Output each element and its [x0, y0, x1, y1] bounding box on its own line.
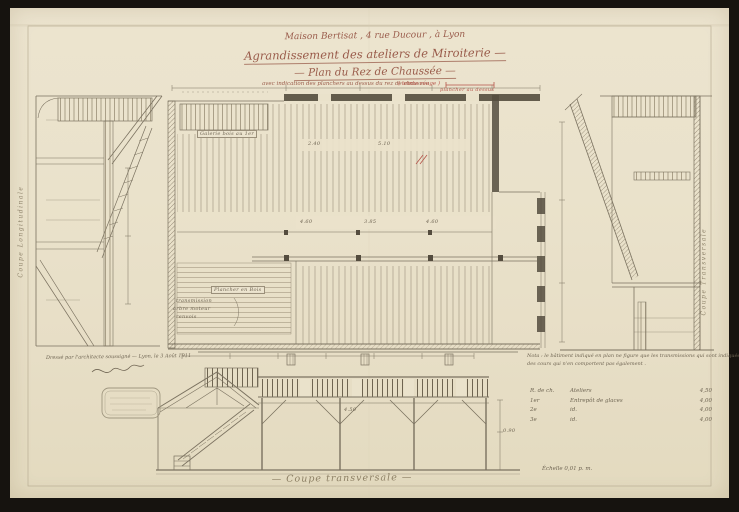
nota-line-2: des cours qui n'en comportent pas égalem… — [527, 361, 646, 367]
plan-dimension: 3.85 — [364, 219, 376, 225]
left-section-caption: Coupe Longitudinale — [17, 172, 24, 292]
plan-dimension: 2.40 — [308, 141, 320, 147]
table-cell: Ateliers — [570, 388, 686, 394]
plan-red-annotation: plancher au dessus — [440, 87, 494, 93]
right-section-caption: Coupe Transversale — [700, 212, 707, 332]
plan-legend-item: renvois — [176, 314, 197, 320]
plan-label-plancher-bois: Plancher en Bois — [211, 286, 265, 294]
table-row: 3e id. 4,00 — [530, 417, 712, 423]
table-cell: 4,00 — [686, 417, 712, 423]
table-cell: id. — [570, 417, 686, 423]
table-cell: R. de ch. — [530, 388, 570, 394]
elevation-dimension: 0.90 — [503, 428, 515, 434]
signature — [92, 365, 144, 373]
table-row: 2e id. 4,00 — [530, 407, 712, 413]
subtitle-red-note: ( teinte rouge ) — [398, 81, 440, 88]
storey-note-table: R. de ch. Ateliers 4,50 1er Entrepôt de … — [530, 388, 712, 426]
table-cell: 3e — [530, 417, 570, 423]
table-cell: 2e — [530, 407, 570, 413]
bottom-section-caption: — Coupe transversale — — [262, 472, 422, 486]
plan-dimension: 4.60 — [300, 219, 312, 225]
table-cell: 4,50 — [686, 388, 712, 394]
right-section-drawing — [559, 94, 714, 350]
table-row: R. de ch. Ateliers 4,50 — [530, 388, 712, 394]
table-cell: Entrepôt de glaces — [570, 398, 686, 404]
table-cell: 1er — [530, 398, 570, 404]
scanned-drawing-sheet: Maison Bertisat , 4 rue Ducour , à Lyon … — [0, 0, 739, 512]
plan-legend-item: transmission — [176, 298, 212, 304]
ground-floor-plan-drawing — [168, 82, 545, 359]
elevation-dimension: 4.50 — [344, 407, 356, 413]
title-plan-text: — Plan du Rez de Chaussée — — [294, 65, 456, 81]
scale-note: Échelle 0,01 p. m. — [542, 466, 592, 473]
table-cell: 4,00 — [686, 398, 712, 404]
stamp-box — [102, 388, 160, 418]
left-section-drawing — [36, 96, 162, 346]
plan-dimension: 4.60 — [426, 219, 438, 225]
plan-legend-item: arbre moteur — [173, 306, 210, 312]
plan-label-galerie: Galerie bois au 1er — [197, 130, 257, 138]
title-main-line: Agrandissement des ateliers de Miroiteri… — [225, 46, 525, 64]
bottom-elevation-drawing — [156, 352, 520, 474]
table-cell: id. — [570, 407, 686, 413]
signature-and-stamp — [92, 365, 160, 418]
table-cell: 4,00 — [686, 407, 712, 413]
table-row: 1er Entrepôt de glaces 4,00 — [530, 398, 712, 404]
plan-dimension: 5.10 — [378, 141, 390, 147]
nota-line-1: Nota : le bâtiment indiqué en plan ne fi… — [527, 353, 739, 359]
